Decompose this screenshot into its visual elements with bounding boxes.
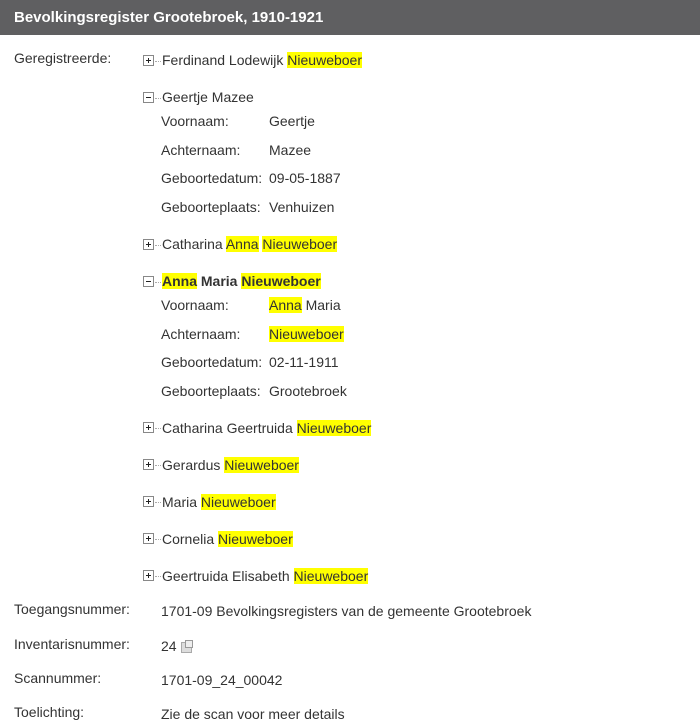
expand-icon[interactable] xyxy=(143,459,154,470)
tree-connector xyxy=(155,282,161,283)
text-part: Catharina xyxy=(162,236,226,252)
expand-icon[interactable] xyxy=(143,422,154,433)
detail-label: Geboorteplaats: xyxy=(161,383,261,399)
detail-value: Mazee xyxy=(269,142,311,158)
detail-value: Geertje xyxy=(269,113,315,129)
person-name[interactable]: Cornelia Nieuweboer xyxy=(162,531,293,547)
person-name[interactable]: Geertruida Elisabeth Nieuweboer xyxy=(162,568,368,584)
highlighted-text: Nieuweboer xyxy=(224,457,299,473)
person-node: Gerardus Nieuweboer xyxy=(143,455,299,475)
tree-connector xyxy=(155,465,161,466)
person-name[interactable]: Ferdinand Lodewijk Nieuweboer xyxy=(162,52,362,68)
toelichting-label: Toelichting: xyxy=(14,704,84,720)
page-title: Bevolkingsregister Grootebroek, 1910-192… xyxy=(14,9,323,26)
toelichting-value: Zie de scan voor meer details xyxy=(161,706,345,722)
person-node: Anna Maria Nieuweboer xyxy=(143,271,321,291)
highlighted-text: Anna xyxy=(269,297,302,313)
detail-label: Geboortedatum: xyxy=(161,354,262,370)
text-part: 09-05-1887 xyxy=(269,170,341,186)
page-header: Bevolkingsregister Grootebroek, 1910-192… xyxy=(0,0,700,35)
person-node: Catharina Geertruida Nieuweboer xyxy=(143,418,371,438)
person-name[interactable]: Catharina Anna Nieuweboer xyxy=(162,236,337,252)
detail-label: Achternaam: xyxy=(161,142,240,158)
collapse-icon[interactable] xyxy=(143,276,154,287)
toegangsnummer-value: 1701-09 Bevolkingsregisters van de gemee… xyxy=(161,603,531,619)
highlighted-text: Nieuweboer xyxy=(201,494,276,510)
person-node: Maria Nieuweboer xyxy=(143,492,276,512)
detail-label: Geboortedatum: xyxy=(161,170,262,186)
tree-connector xyxy=(155,245,161,246)
text-part: Grootebroek xyxy=(269,383,347,399)
person-name[interactable]: Geertje Mazee xyxy=(162,89,254,105)
highlighted-text: Nieuweboer xyxy=(218,531,293,547)
person-name[interactable]: Maria Nieuweboer xyxy=(162,494,276,510)
highlighted-text: Nieuweboer xyxy=(241,273,320,289)
person-node: Cornelia Nieuweboer xyxy=(143,529,293,549)
detail-value: Anna Maria xyxy=(269,297,341,313)
person-node: Geertruida Elisabeth Nieuweboer xyxy=(143,566,368,586)
text-part: Catharina Geertruida xyxy=(162,420,297,436)
detail-value: Venhuizen xyxy=(269,199,334,215)
person-node: Ferdinand Lodewijk Nieuweboer xyxy=(143,50,362,70)
inventarisnummer-value: 24 xyxy=(161,638,177,654)
tree-connector xyxy=(155,502,161,503)
expand-icon[interactable] xyxy=(143,55,154,66)
text-part: Ferdinand Lodewijk xyxy=(162,52,287,68)
person-node: Catharina Anna Nieuweboer xyxy=(143,234,337,254)
expand-icon[interactable] xyxy=(143,533,154,544)
expand-icon[interactable] xyxy=(143,570,154,581)
person-name[interactable]: Catharina Geertruida Nieuweboer xyxy=(162,420,371,436)
tree-connector xyxy=(155,428,161,429)
detail-label: Voornaam: xyxy=(161,297,229,313)
detail-value: 02-11-1911 xyxy=(269,354,339,370)
scannummer-label: Scannummer: xyxy=(14,670,101,686)
highlighted-text: Nieuweboer xyxy=(294,568,369,584)
detail-label: Geboorteplaats: xyxy=(161,199,261,215)
text-part: 02-11-1911 xyxy=(269,354,339,370)
collapse-icon[interactable] xyxy=(143,92,154,103)
person-name[interactable]: Gerardus Nieuweboer xyxy=(162,457,299,473)
scannummer-value: 1701-09_24_00042 xyxy=(161,672,282,688)
text-part: Maria xyxy=(197,273,241,289)
text-part: Gerardus xyxy=(162,457,224,473)
text-part: Venhuizen xyxy=(269,199,334,215)
tree-connector xyxy=(155,98,161,99)
text-part: Mazee xyxy=(269,142,311,158)
highlighted-text: Anna xyxy=(226,236,259,252)
tree-connector xyxy=(155,539,161,540)
expand-icon[interactable] xyxy=(143,239,154,250)
tree-connector xyxy=(155,61,161,62)
text-part: Geertje xyxy=(269,113,315,129)
detail-value: Grootebroek xyxy=(269,383,347,399)
external-link-icon[interactable] xyxy=(181,642,192,653)
person-name[interactable]: Anna Maria Nieuweboer xyxy=(162,273,321,289)
expand-icon[interactable] xyxy=(143,496,154,507)
highlighted-text: Nieuweboer xyxy=(269,326,344,342)
toegangsnummer-label: Toegangsnummer: xyxy=(14,601,130,617)
highlighted-text: Anna xyxy=(162,273,197,289)
registered-label: Geregistreerde: xyxy=(14,50,111,66)
text-part: Maria xyxy=(162,494,201,510)
detail-label: Achternaam: xyxy=(161,326,240,342)
text-part: Cornelia xyxy=(162,531,218,547)
detail-value: Nieuweboer xyxy=(269,326,344,342)
person-node: Geertje Mazee xyxy=(143,87,254,107)
text-part: Geertruida Elisabeth xyxy=(162,568,294,584)
detail-label: Voornaam: xyxy=(161,113,229,129)
text-part: Geertje Mazee xyxy=(162,89,254,105)
highlighted-text: Nieuweboer xyxy=(262,236,337,252)
detail-value: 09-05-1887 xyxy=(269,170,341,186)
highlighted-text: Nieuweboer xyxy=(287,52,362,68)
inventarisnummer-label: Inventarisnummer: xyxy=(14,636,130,652)
tree-connector xyxy=(155,576,161,577)
text-part: Maria xyxy=(302,297,341,313)
highlighted-text: Nieuweboer xyxy=(297,420,372,436)
